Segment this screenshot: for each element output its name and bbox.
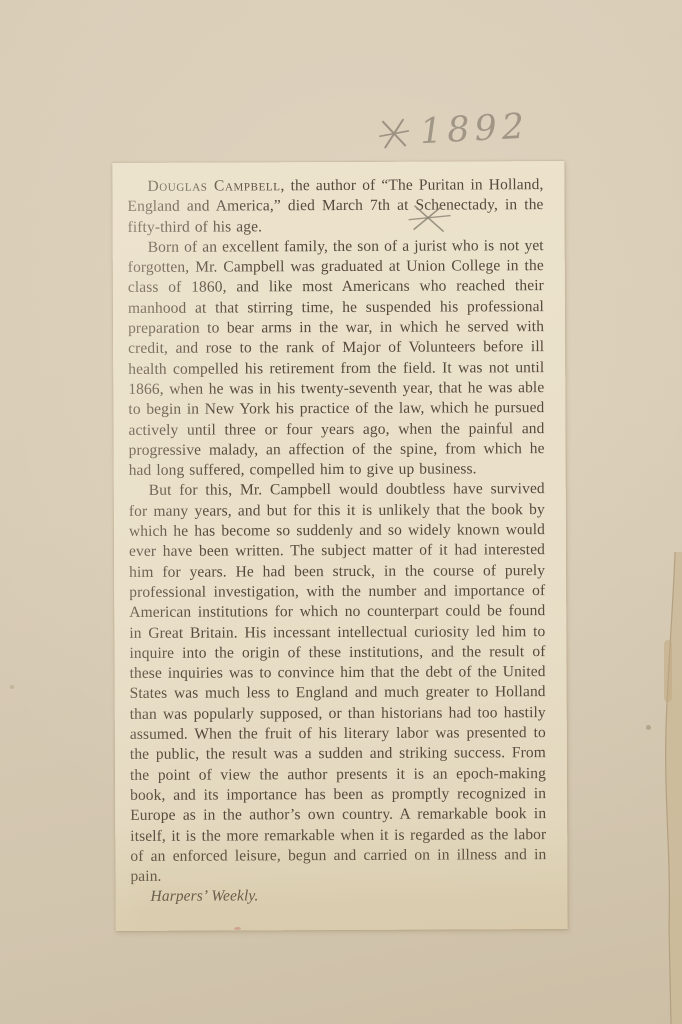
torn-page-edge	[660, 552, 682, 1024]
source-attribution: Harpers’ Weekly.	[130, 885, 546, 907]
page-speck	[234, 927, 241, 930]
handwritten-year-annotation: 1892	[377, 96, 550, 165]
album-page-background: 1892 Douglas Campbell, the author of “Th…	[0, 0, 682, 1024]
obituary-paragraph-1: Douglas Campbell, the author of “The Pur…	[127, 175, 543, 238]
obituary-paragraph-3: But for this, Mr. Campbell would doubtle…	[129, 480, 547, 888]
page-speck	[10, 685, 14, 689]
newspaper-clipping: Douglas Campbell, the author of “The Pur…	[112, 161, 567, 931]
pencil-asterisk-icon	[377, 114, 411, 154]
handwritten-year-text: 1892	[419, 107, 530, 153]
pencil-asterisk-date-icon	[407, 203, 453, 235]
page-speck	[646, 725, 651, 730]
deceased-name: Douglas Campbell	[147, 177, 280, 195]
obituary-paragraph-2: Born of an excellent family, the son of …	[128, 236, 545, 481]
